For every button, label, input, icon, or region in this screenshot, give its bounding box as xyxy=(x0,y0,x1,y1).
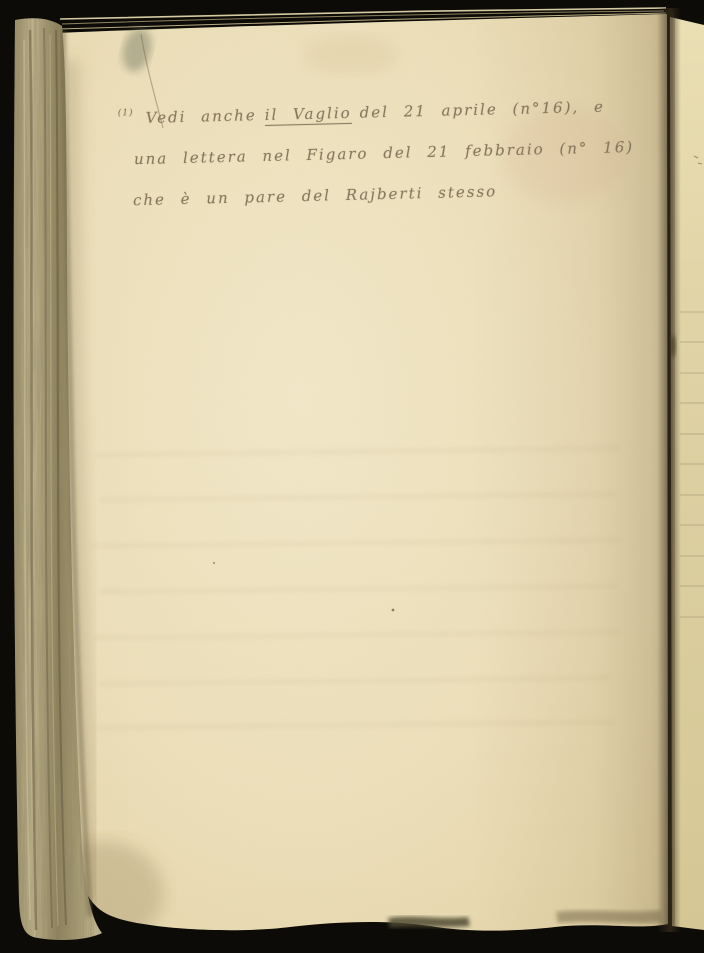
ink-speck xyxy=(392,609,395,612)
ink-speck xyxy=(213,562,215,564)
tan-smudge-top xyxy=(302,35,398,75)
pink-stain xyxy=(503,107,627,203)
gutter-shadow xyxy=(657,8,681,932)
bottom-edge-smudge xyxy=(556,910,662,923)
bottom-edge-dark-patch xyxy=(388,917,470,928)
book-photo: (1)Vedi ancheil Vagliodel 21 aprile (n°1… xyxy=(0,0,704,953)
book-page-art xyxy=(0,0,704,953)
